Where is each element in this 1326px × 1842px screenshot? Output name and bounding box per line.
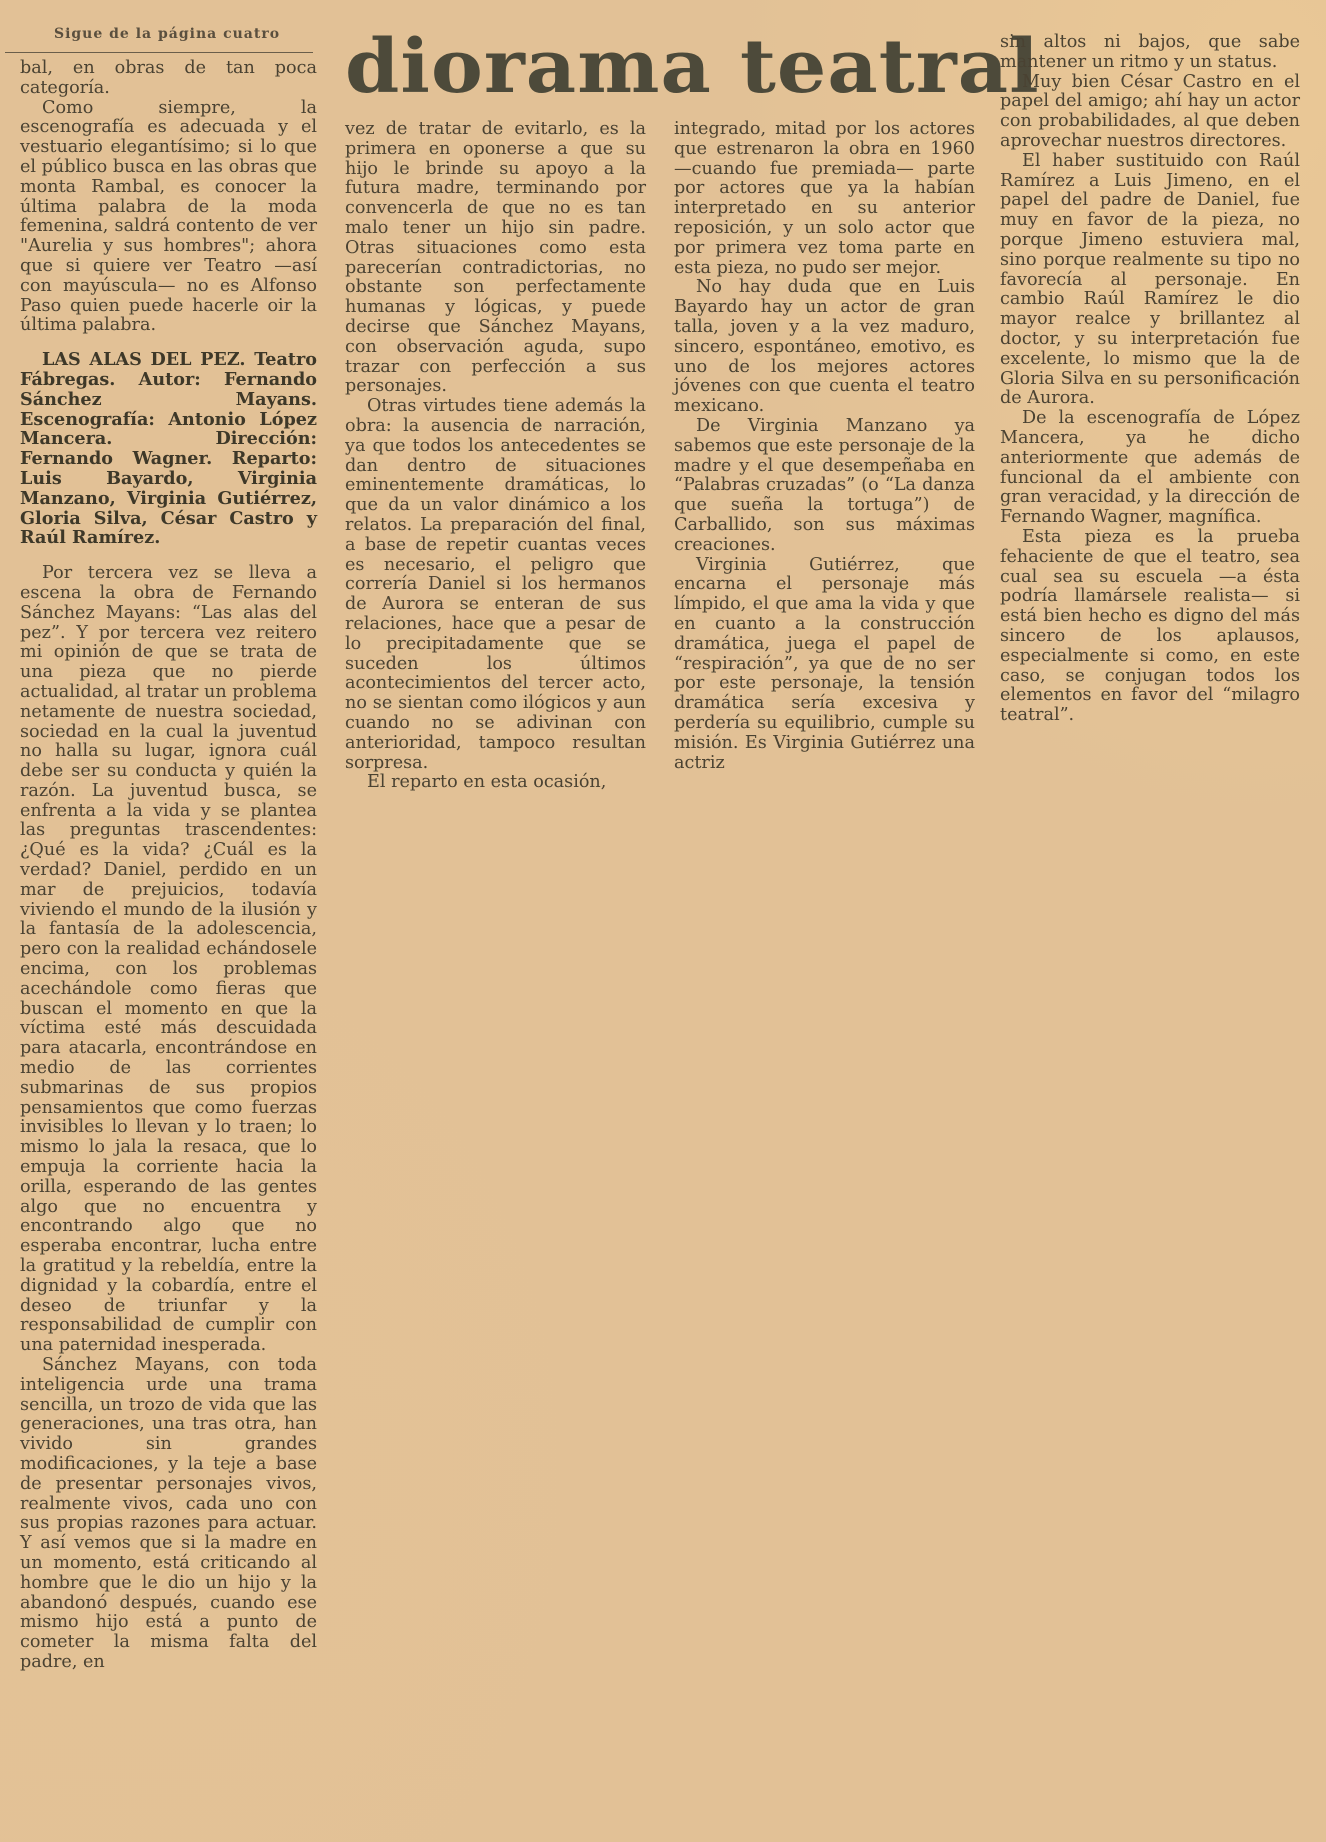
article-column-2: vez de tratar de evitarlo, es la primera…: [345, 120, 646, 793]
paragraph: El haber sustituido con Raúl Ramírez a L…: [1000, 152, 1300, 409]
paragraph: sin altos ni bajos, que sabe mantener un…: [1000, 33, 1300, 73]
article-column-4: sin altos ni bajos, que sabe mantener un…: [1000, 33, 1300, 726]
paragraph: Virginia Gutiérrez, que encarna el perso…: [674, 556, 975, 774]
headline: diorama teatral: [345, 22, 1009, 112]
paragraph: Como siempre, la escenografía es adecuad…: [20, 99, 317, 337]
paragraph: Muy bien César Castro en el papel del am…: [1000, 73, 1300, 152]
paragraph: Por tercera vez se lleva a escena la obr…: [20, 564, 317, 1356]
article-column-1: bal, en obras de tan poca categoría. Com…: [20, 59, 317, 1673]
paragraph: De Virginia Manzano ya sabemos que este …: [674, 417, 975, 556]
paragraph: Sánchez Mayans, con toda inteligencia ur…: [20, 1356, 317, 1673]
paragraph: No hay duda que en Luis Bayardo hay un a…: [674, 278, 975, 417]
newspaper-page: Sigue de la página cuatro diorama teatra…: [0, 0, 1326, 1842]
play-credits: LAS ALAS DEL PEZ. Teatro Fábregas. Autor…: [20, 350, 317, 548]
paragraph: integrado, mitad por los actores que est…: [674, 120, 975, 278]
paragraph: bal, en obras de tan poca categoría.: [20, 59, 317, 99]
paragraph: De la escenografía de López Mancera, ya …: [1000, 409, 1300, 528]
continuation-kicker: Sigue de la página cuatro: [47, 26, 287, 42]
paragraph: vez de tratar de evitarlo, es la primera…: [345, 120, 646, 397]
paragraph: Otras virtudes tiene además la obra: la …: [345, 397, 646, 773]
paragraph: Esta pieza es la prueba fehaciente de qu…: [1000, 528, 1300, 726]
paragraph: El reparto en esta ocasión,: [345, 773, 646, 793]
article-column-3: integrado, mitad por los actores que est…: [674, 120, 975, 773]
kicker-rule-divider: [5, 52, 313, 53]
